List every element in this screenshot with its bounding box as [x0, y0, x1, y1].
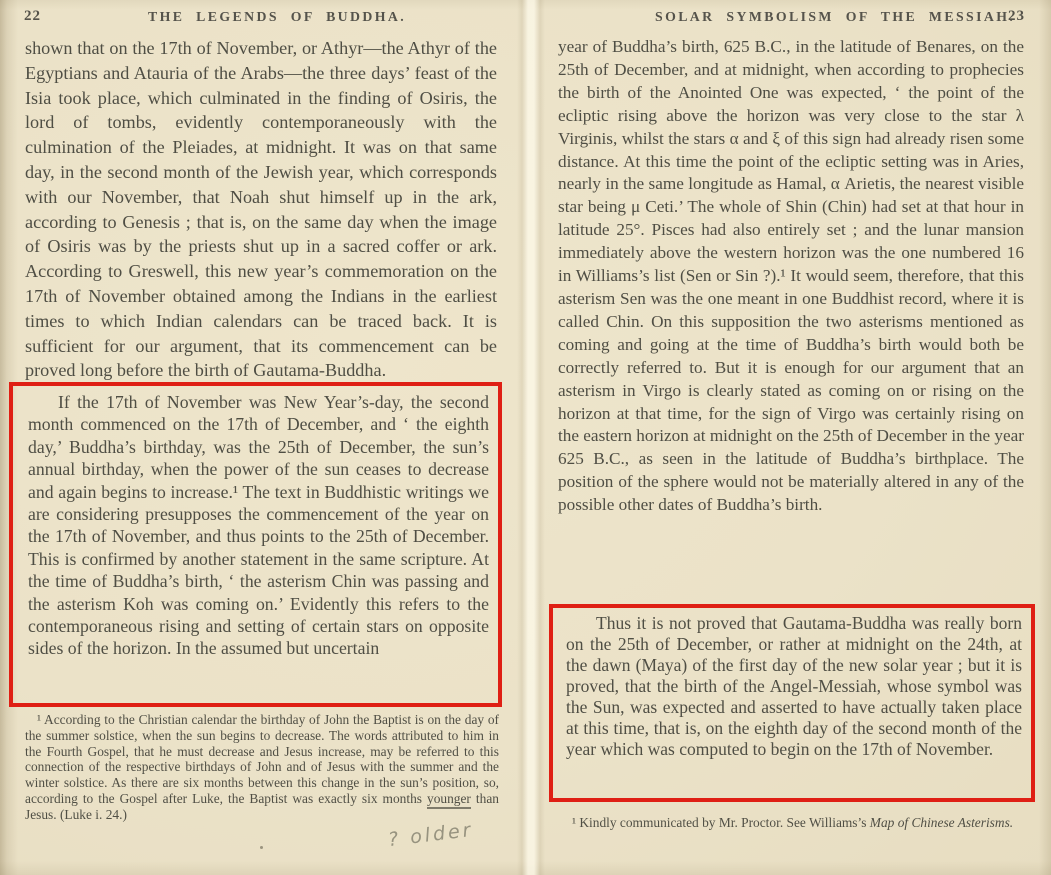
running-head-left: THE LEGENDS OF BUDDHA.: [148, 9, 406, 25]
footnote-right: ¹ Kindly communicated by Mr. Proctor. Se…: [558, 814, 1028, 832]
paper-speck: [260, 846, 263, 849]
page-gutter: [517, 0, 545, 875]
running-head-right: SOLAR SYMBOLISM OF THE MESSIAH.: [655, 9, 1015, 25]
page-number-left: 22: [24, 8, 41, 25]
paragraph-right-1: year of Buddha’s birth, 625 B.C., in the…: [558, 36, 1024, 517]
highlighted-paragraph-right: Thus it is not proved that Gautama-Buddh…: [566, 613, 1022, 760]
pencil-annotation: ? older: [387, 819, 475, 851]
highlight-box-left: If the 17th of November was New Year’s-d…: [9, 382, 502, 707]
footnote-right-italic-title: Map of Chinese Asterisms.: [870, 815, 1013, 830]
paragraph-left-1: shown that on the 17th of November, or A…: [25, 36, 497, 383]
highlight-box-right: Thus it is not proved that Gautama-Buddh…: [549, 604, 1035, 802]
highlighted-paragraph-left: If the 17th of November was New Year’s-d…: [28, 391, 489, 660]
footnote-left: ¹ According to the Christian calendar th…: [25, 712, 499, 823]
pencil-underlined-word: younger: [427, 791, 471, 809]
footnote-right-text: ¹ Kindly communicated by Mr. Proctor. Se…: [572, 815, 870, 830]
page-number-right: 23: [1008, 8, 1025, 25]
